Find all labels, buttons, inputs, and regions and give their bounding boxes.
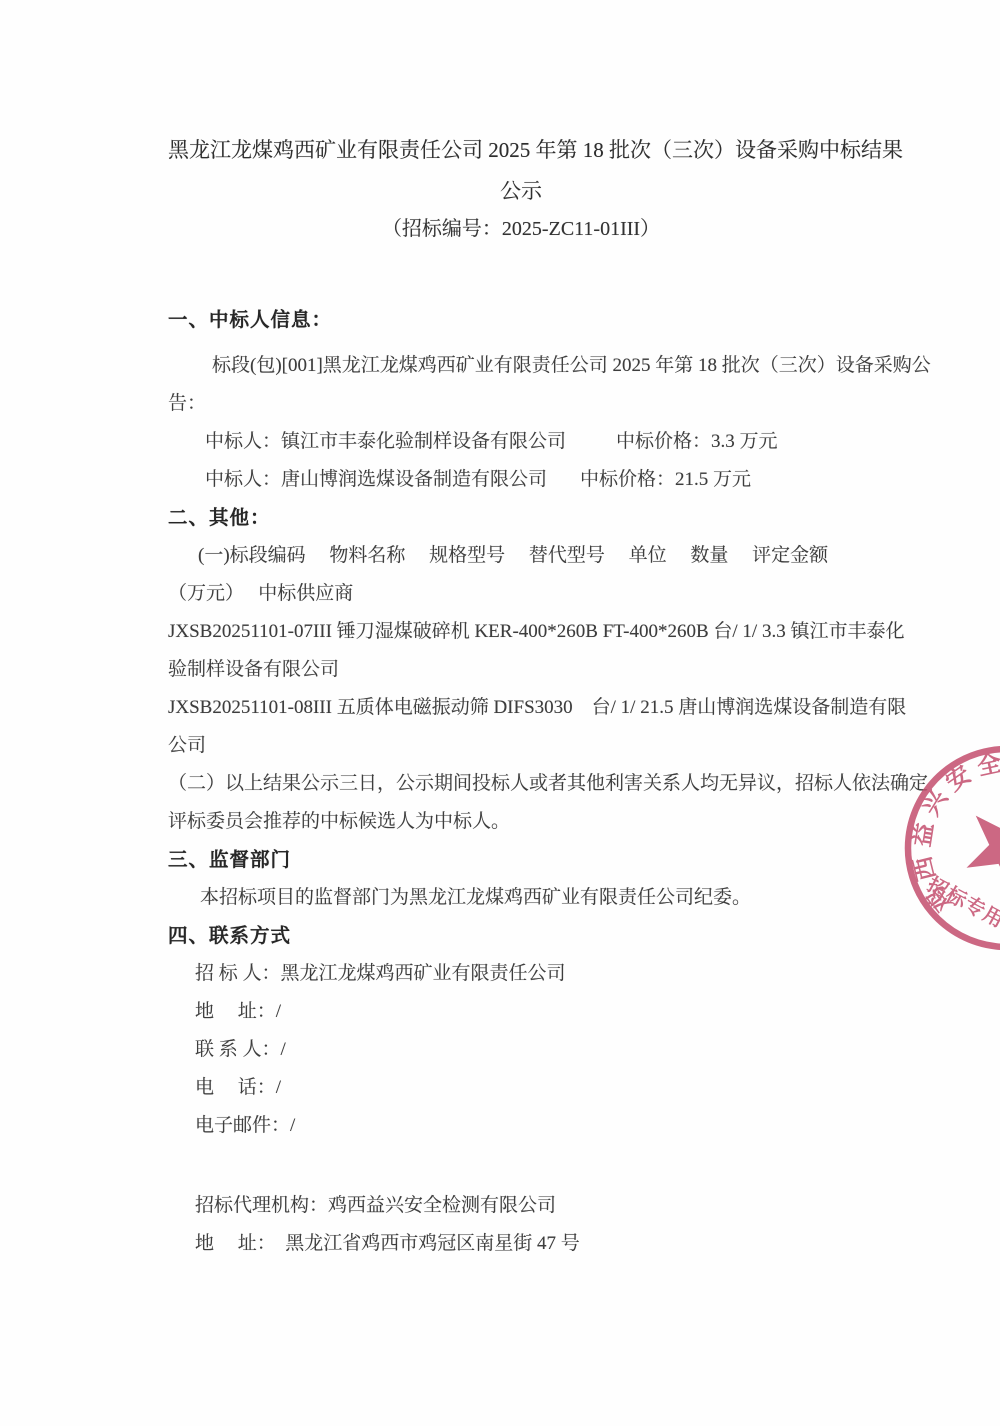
- seal-banner-text: 招标专用章: [924, 872, 1000, 942]
- publicity-note-line1: （二）以上结果公示三日，公示期间投标人或者其他利害关系人均无异议，招标人依法确定: [168, 765, 874, 803]
- svg-text:益: 益: [907, 821, 938, 849]
- section-heading-other: 二、其他：: [168, 499, 874, 537]
- agency-row-name: 招标代理机构：鸡西益兴安全检测有限公司: [168, 1187, 874, 1225]
- contact-label: 招 标 人：: [195, 963, 281, 984]
- winner-price-label: 中标价格：: [616, 431, 711, 452]
- contact-value: 黑龙江龙煤鸡西矿业有限责任公司: [281, 963, 566, 984]
- contact-label: 联 系 人：: [195, 1039, 281, 1060]
- item-row-line: 公司: [168, 727, 874, 765]
- contact-value: /: [276, 1077, 281, 1098]
- section-heading-winner-info: 一、中标人信息：: [168, 301, 874, 339]
- winner-name: 唐山博润选煤设备制造有限公司: [281, 469, 547, 490]
- winner-price-label: 中标价格：: [580, 469, 675, 490]
- contact-row-person: 联 系 人：/: [168, 1031, 874, 1069]
- seal-company-name: 鸡西益兴安全检测有限公司: [877, 715, 1000, 978]
- svg-text:鸡: 鸡: [922, 881, 959, 917]
- star-icon: [952, 788, 1000, 900]
- winner-price-value: 21.5 万元: [675, 469, 751, 490]
- section-heading-contact: 四、联系方式: [168, 917, 874, 955]
- section-heading-supervision: 三、监督部门: [168, 841, 874, 879]
- contact-label: 地 址：: [195, 1001, 276, 1022]
- supervision-body: 本招标项目的监督部门为黑龙江龙煤鸡西矿业有限责任公司纪委。: [168, 879, 874, 917]
- document-page: 黑龙江龙煤鸡西矿业有限责任公司 2025 年第 18 批次（三次）设备采购中标结…: [0, 0, 1000, 1426]
- agency-label: 招标代理机构：: [195, 1195, 328, 1216]
- seal-ring: [873, 714, 1000, 982]
- contact-label: 电子邮件：: [195, 1115, 290, 1136]
- contact-value: /: [281, 1039, 286, 1060]
- svg-text:安: 安: [940, 760, 976, 797]
- doc-title-line1: 黑龙江龙煤鸡西矿业有限责任公司 2025 年第 18 批次（三次）设备采购中标结…: [168, 128, 874, 173]
- doc-tender-number: （招标编号：2025-ZC11-01III）: [168, 210, 874, 248]
- agency-value: 黑龙江省鸡西市鸡冠区南星街 47 号: [266, 1233, 580, 1254]
- contact-row-email: 电子邮件：/: [168, 1107, 874, 1145]
- agency-label: 地 址：: [195, 1233, 266, 1254]
- contact-row-tenderer: 招 标 人：黑龙江龙煤鸡西矿业有限责任公司: [168, 955, 874, 993]
- lot-paragraph-line2: 告：: [168, 385, 874, 423]
- contact-value: /: [290, 1115, 295, 1136]
- item-row-line: JXSB20251101-08III 五质体电磁振动筛 DIFS3030 台/ …: [168, 689, 874, 727]
- svg-text:全: 全: [975, 749, 1000, 781]
- contact-value: /: [276, 1001, 281, 1022]
- publicity-note-line2: 评标委员会推荐的中标候选人为中标人。: [168, 803, 874, 841]
- table-header-line2: （万元） 中标供应商: [168, 575, 874, 613]
- lot-paragraph-line1: 标段(包)[001]黑龙江龙煤鸡西矿业有限责任公司 2025 年第 18 批次（…: [168, 347, 874, 385]
- winner-row: 中标人：唐山博润选煤设备制造有限公司中标价格：21.5 万元: [168, 461, 874, 499]
- contact-row-address: 地 址：/: [168, 993, 874, 1031]
- winner-label: 中标人：: [205, 469, 281, 490]
- svg-text:西: 西: [909, 854, 941, 884]
- winner-price-value: 3.3 万元: [711, 431, 778, 452]
- winner-label: 中标人：: [205, 431, 281, 452]
- winner-name: 镇江市丰泰化验制样设备有限公司: [281, 431, 566, 452]
- contact-label: 电 话：: [195, 1077, 276, 1098]
- agency-value: 鸡西益兴安全检测有限公司: [328, 1195, 556, 1216]
- item-row-line: JXSB20251101-07III 锤刀湿煤破碎机 KER-400*260B …: [168, 613, 874, 651]
- doc-title-line2: 公示: [168, 173, 874, 210]
- contact-row-phone: 电 话：/: [168, 1069, 874, 1107]
- item-row-line: 验制样设备有限公司: [168, 651, 874, 689]
- winner-row: 中标人：镇江市丰泰化验制样设备有限公司中标价格：3.3 万元: [168, 423, 874, 461]
- document-body: 黑龙江龙煤鸡西矿业有限责任公司 2025 年第 18 批次（三次）设备采购中标结…: [168, 128, 874, 1263]
- agency-row-address: 地 址： 黑龙江省鸡西市鸡冠区南星街 47 号: [168, 1225, 874, 1263]
- table-header-line1: (一)标段编码 物料名称 规格型号 替代型号 单位 数量 评定金额: [168, 537, 874, 575]
